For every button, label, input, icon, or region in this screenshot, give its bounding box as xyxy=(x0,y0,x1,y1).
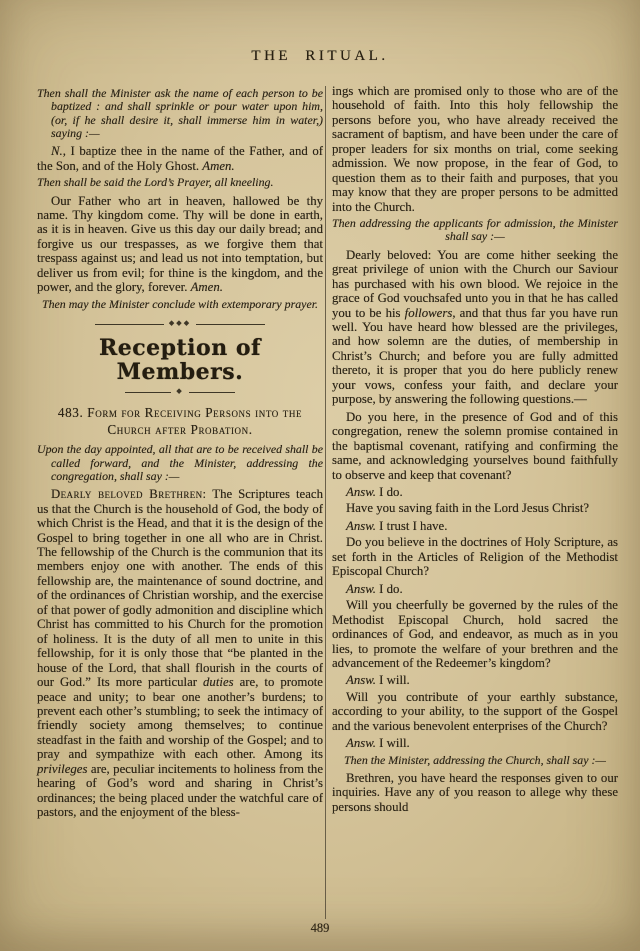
form-483-heading: 483. Form for Receiving Persons into the… xyxy=(37,405,323,438)
right-column: ings which are promised only to those wh… xyxy=(332,84,618,817)
book-page: THE RITUAL. Then shall the Minister ask … xyxy=(0,0,640,951)
divider-line xyxy=(95,324,164,325)
answer-text: I do. xyxy=(376,582,403,596)
ornamental-divider: ◆◆◆ xyxy=(95,320,265,328)
lords-prayer-text: Our Father who art in heaven, hallowed b… xyxy=(37,194,323,295)
answer-label: Answ. xyxy=(346,673,376,687)
rubric-day-appointed: Upon the day appointed, all that are to … xyxy=(37,443,323,483)
answer-governed: Answ. I will. xyxy=(332,673,618,687)
answer-covenant: Answ. I do. xyxy=(332,485,618,499)
question-covenant: Do you here, in the presence of God and … xyxy=(332,410,618,482)
divider-line xyxy=(196,324,265,325)
closing-address: Brethren, you have heard the responses g… xyxy=(332,771,618,814)
rubric-addressing-church: Then the Minister, addressing the Church… xyxy=(332,754,618,767)
column-divider-rule xyxy=(325,86,326,919)
lords-prayer: Our Father who art in heaven, hallowed b… xyxy=(37,194,323,295)
exhortation-to-applicants: Dearly beloved: You are come hither seek… xyxy=(332,248,618,407)
rubric-addressing-applicants: Then addressing the applicants for admis… xyxy=(332,217,618,244)
answer-text: I do. xyxy=(376,485,403,499)
rubric-lords-prayer: Then shall be said the Lord’s Prayer, al… xyxy=(37,176,323,189)
running-head: THE RITUAL. xyxy=(0,48,640,65)
answer-label: Answ. xyxy=(346,519,376,533)
rubric-baptism-instruction: Then shall the Minister ask the name of … xyxy=(37,87,323,140)
address-privileges-word: privileges xyxy=(37,762,87,776)
section-heading-reception-of-members: Reception of Members. xyxy=(37,336,323,384)
baptism-formula-text: I baptize thee in the name of the Father… xyxy=(37,144,323,172)
divider-line xyxy=(189,392,235,393)
exhortation-followers-word: followers xyxy=(405,306,453,320)
answer-label: Answ. xyxy=(346,736,376,750)
rubric-extemporary-prayer: Then may the Minister conclude with exte… xyxy=(37,298,323,311)
divider-line xyxy=(125,392,171,393)
lords-prayer-amen: Amen. xyxy=(191,280,223,294)
question-doctrines: Do you believe in the doctrines of Holy … xyxy=(332,535,618,578)
address-continuation: ings which are promised only to those wh… xyxy=(332,84,618,214)
answer-text: I will. xyxy=(376,736,410,750)
question-contribute: Will you contribute of your earthly subs… xyxy=(332,690,618,733)
answer-text: I trust I have. xyxy=(376,519,447,533)
page-number: 489 xyxy=(296,921,344,936)
answer-saving-faith: Answ. I trust I have. xyxy=(332,519,618,533)
answer-label: Answ. xyxy=(346,485,376,499)
address-duties-word: duties xyxy=(203,675,234,689)
rule-divider: ◆ xyxy=(125,388,235,396)
address-salutation: Dearly beloved Brethren: xyxy=(51,487,207,501)
answer-contribute: Answ. I will. xyxy=(332,736,618,750)
answer-doctrines: Answ. I do. xyxy=(332,582,618,596)
answer-label: Answ. xyxy=(346,582,376,596)
baptism-amen: Amen. xyxy=(202,159,234,173)
address-text-1: The Scriptures teach us that the Church … xyxy=(37,487,323,689)
address-to-congregation: Dearly beloved Brethren: The Scriptures … xyxy=(37,487,323,819)
question-governed: Will you cheerfully be governed by the r… xyxy=(332,598,618,670)
triple-diamond-ornament-icon: ◆◆◆ xyxy=(164,320,196,328)
baptism-name-initial: N., xyxy=(51,144,66,158)
exhortation-text-2: , and that thus far you have run well. Y… xyxy=(332,306,618,407)
diamond-ornament-icon: ◆ xyxy=(171,388,188,396)
question-saving-faith: Have you saving faith in the Lord Jesus … xyxy=(332,501,618,515)
left-column: Then shall the Minister ask the name of … xyxy=(37,84,323,823)
baptism-formula: N., I baptize thee in the name of the Fa… xyxy=(37,144,323,173)
answer-text: I will. xyxy=(376,673,410,687)
